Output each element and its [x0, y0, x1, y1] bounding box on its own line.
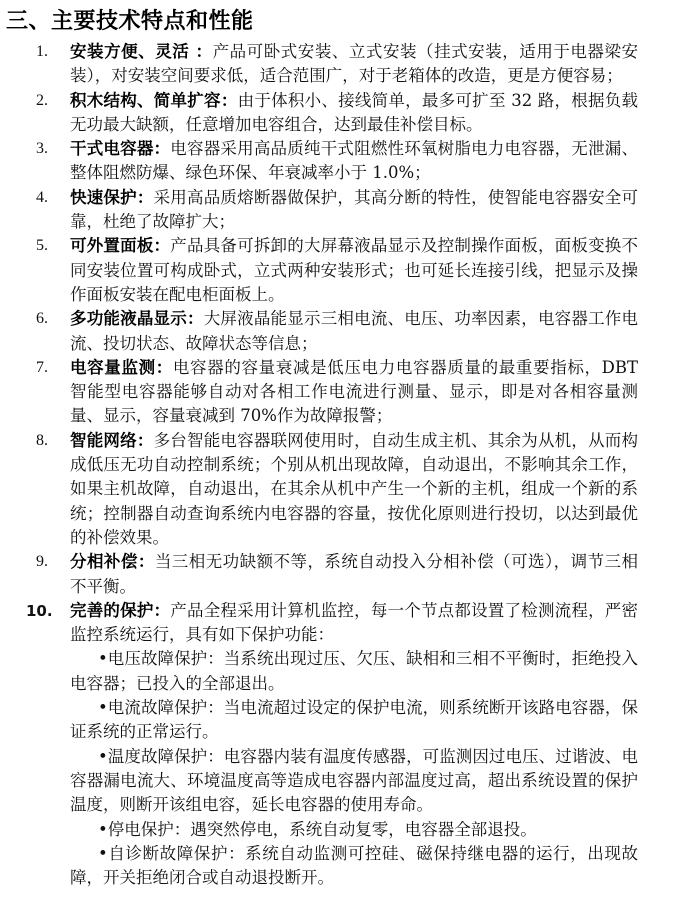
- item-heading: 积木结构、简单扩容：: [70, 91, 238, 110]
- item-heading: 安装方便、灵活 ：: [70, 42, 213, 61]
- protection-text: 停电保护：遇突然停电，系统自动复零，电容器全部退投。: [108, 820, 537, 839]
- item-text: 采用高品质熔断器做保护，其高分断的特性，使智能电容器安全可靠，杜绝了故障扩大；: [70, 188, 638, 231]
- item-number: 2.: [36, 89, 48, 113]
- feature-item-6: 6. 多功能液晶显示：大屏液晶能显示三相电流、电压、功率因素，电容器工作电流、投…: [0, 307, 638, 356]
- feature-item-7: 7. 电容量监测：电容器的容量衰减是低压电力电容器质量的最重要指标，DBT 智能…: [0, 356, 638, 429]
- item-heading: 干式电容器：: [70, 139, 170, 158]
- protection-temperature: •温度故障保护：电容器内装有温度传感器，可监测因过电压、过谐波、电容器漏电流大、…: [70, 745, 638, 818]
- feature-item-2: 2. 积木结构、简单扩容：由于体积小、接线简单，最多可扩至 32 路，根据负载无…: [0, 89, 638, 138]
- bullet-icon: •: [98, 844, 108, 863]
- item-number: 6.: [36, 307, 48, 331]
- item-text: 多台智能电容器联网使用时，自动生成主机、其余为从机，从而构成低压无功自动控制系统…: [70, 431, 638, 547]
- protection-text: 温度故障保护：电容器内装有温度传感器，可监测因过电压、过谐波、电容器漏电流大、环…: [70, 747, 638, 815]
- feature-item-5: 5. 可外置面板：产品具备可拆卸的大屏幕液晶显示及控制操作面板，面板变换不同安装…: [0, 234, 638, 307]
- section-title: 三、主要技术特点和性能: [6, 4, 254, 35]
- item-text: 当三相无功缺额不等，系统自动投入分相补偿（可选），调节三相不平衡。: [70, 552, 638, 595]
- protection-list: •电压故障保护：当系统出现过压、欠压、缺相和三相不平衡时，拒绝投入电容器；已投入…: [0, 647, 638, 890]
- item-number: 10.: [26, 599, 53, 623]
- item-heading: 智能网络：: [70, 431, 154, 450]
- item-number: 1.: [36, 40, 48, 64]
- bullet-icon: •: [98, 747, 108, 766]
- bullet-icon: •: [98, 649, 108, 668]
- feature-item-9: 9. 分相补偿：当三相无功缺额不等，系统自动投入分相补偿（可选），调节三相不平衡…: [0, 550, 638, 599]
- protection-power-outage: •停电保护：遇突然停电，系统自动复零，电容器全部退投。: [70, 818, 638, 842]
- item-heading: 可外置面板：: [70, 236, 170, 255]
- item-heading: 多功能液晶显示：: [70, 309, 204, 328]
- protection-text: 电流故障保护：当电流超过设定的保护电流，则系统断开该路电容器，保证系统的正常运行…: [70, 698, 638, 741]
- feature-item-3: 3. 干式电容器：电容器采用高品质纯干式阻燃性环氧树脂电力电容器，无泄漏、整体阻…: [0, 137, 638, 186]
- item-heading: 快速保护：: [70, 188, 154, 207]
- item-heading: 电容量监测：: [70, 358, 173, 377]
- feature-item-10: 10. 完善的保护：产品全程采用计算机监控，每一个节点都设置了检测流程，严密监控…: [0, 599, 638, 648]
- item-number: 9.: [36, 550, 48, 574]
- bullet-icon: •: [98, 698, 108, 717]
- protection-self-diagnosis: •自诊断故障保护：系统自动监测可控硅、磁保持继电器的运行，出现故障，开关拒绝闭合…: [70, 842, 638, 891]
- item-number: 4.: [36, 186, 48, 210]
- feature-item-8: 8. 智能网络：多台智能电容器联网使用时，自动生成主机、其余为从机，从而构成低压…: [0, 429, 638, 550]
- item-number: 7.: [36, 356, 48, 380]
- item-number: 8.: [36, 429, 48, 453]
- feature-item-4: 4. 快速保护：采用高品质熔断器做保护，其高分断的特性，使智能电容器安全可靠，杜…: [0, 186, 638, 235]
- feature-item-1: 1. 安装方便、灵活 ：产品可卧式安装、立式安装（挂式安装，适用于电器梁安装），…: [0, 40, 638, 89]
- protection-voltage: •电压故障保护：当系统出现过压、欠压、缺相和三相不平衡时，拒绝投入电容器；已投入…: [70, 647, 638, 696]
- item-number: 5.: [36, 234, 48, 258]
- item-heading: 分相补偿：: [70, 552, 155, 571]
- item-number: 3.: [36, 137, 48, 161]
- protection-text: 自诊断故障保护：系统自动监测可控硅、磁保持继电器的运行，出现故障，开关拒绝闭合或…: [70, 844, 638, 887]
- bullet-icon: •: [98, 820, 108, 839]
- protection-current: •电流故障保护：当电流超过设定的保护电流，则系统断开该路电容器，保证系统的正常运…: [70, 696, 638, 745]
- item-heading: 完善的保护：: [70, 601, 170, 620]
- protection-text: 电压故障保护：当系统出现过压、欠压、缺相和三相不平衡时，拒绝投入电容器；已投入的…: [70, 649, 638, 692]
- feature-list: 1. 安装方便、灵活 ：产品可卧式安装、立式安装（挂式安装，适用于电器梁安装），…: [0, 40, 677, 890]
